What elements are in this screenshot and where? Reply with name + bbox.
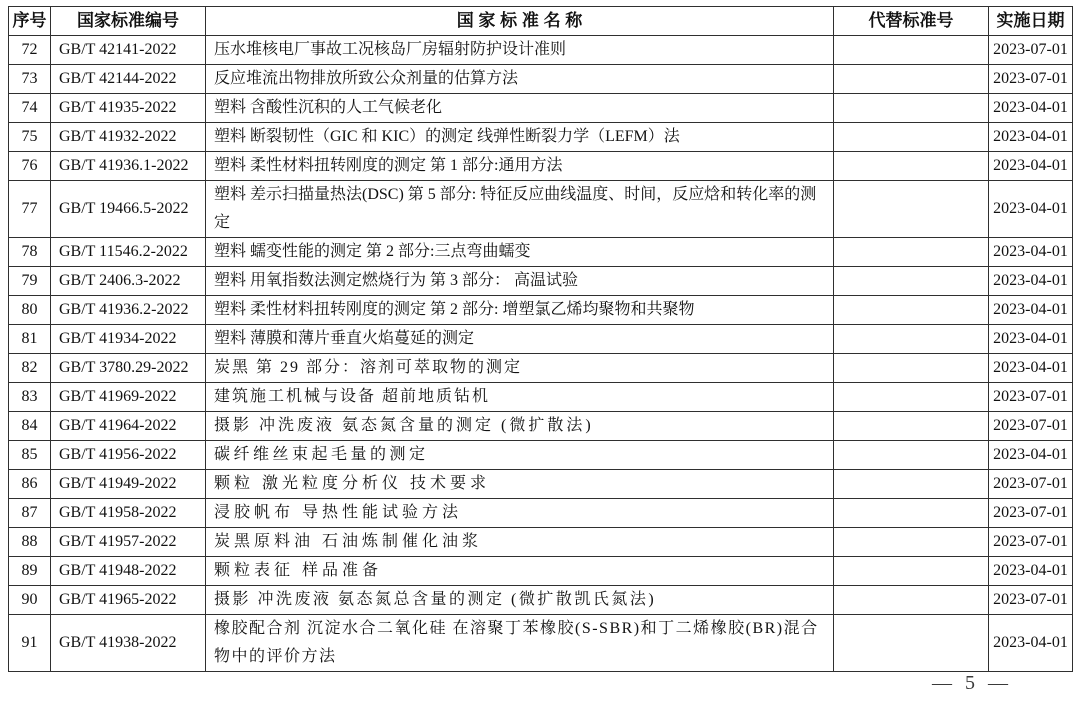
- row-standard-name: 摄影 冲洗废液 氨态氮含量的测定 (微扩散法): [206, 412, 834, 441]
- row-standard-code: GB/T 41964-2022: [51, 412, 206, 441]
- table-row: 82 GB/T 3780.29-2022 炭黑 第 29 部分：溶剂可萃取物的测…: [9, 354, 1073, 383]
- header-sequence-number: 序号: [9, 7, 51, 36]
- row-implementation-date: 2023-07-01: [989, 586, 1073, 615]
- row-implementation-date: 2023-04-01: [989, 557, 1073, 586]
- row-standard-name: 橡胶配合剂 沉淀水合二氧化硅 在溶聚丁苯橡胶(S-SBR)和丁二烯橡胶(BR)混…: [206, 615, 834, 672]
- row-replaced-code: [834, 181, 989, 238]
- table-header: 序号 国家标准编号 国 家 标 准 名 称 代替标准号 实施日期: [9, 7, 1073, 36]
- table-row: 81 GB/T 41934-2022 塑料 薄膜和薄片垂直火焰蔓延的测定 202…: [9, 325, 1073, 354]
- row-standard-code: GB/T 41957-2022: [51, 528, 206, 557]
- row-replaced-code: [834, 354, 989, 383]
- row-standard-code: GB/T 41958-2022: [51, 499, 206, 528]
- row-standard-name: 颗粒表征 样品准备: [206, 557, 834, 586]
- table-row: 84 GB/T 41964-2022 摄影 冲洗废液 氨态氮含量的测定 (微扩散…: [9, 412, 1073, 441]
- row-sequence-number: 90: [9, 586, 51, 615]
- row-implementation-date: 2023-04-01: [989, 296, 1073, 325]
- table-row: 73 GB/T 42144-2022 反应堆流出物排放所致公众剂量的估算方法 2…: [9, 65, 1073, 94]
- row-standard-name: 塑料 断裂韧性（GIC 和 KIC）的测定 线弹性断裂力学（LEFM）法: [206, 123, 834, 152]
- row-standard-code: GB/T 41965-2022: [51, 586, 206, 615]
- row-sequence-number: 87: [9, 499, 51, 528]
- row-replaced-code: [834, 94, 989, 123]
- row-sequence-number: 76: [9, 152, 51, 181]
- row-replaced-code: [834, 383, 989, 412]
- row-standard-code: GB/T 41938-2022: [51, 615, 206, 672]
- row-implementation-date: 2023-04-01: [989, 123, 1073, 152]
- row-standard-code: GB/T 41969-2022: [51, 383, 206, 412]
- table-row: 85 GB/T 41956-2022 碳纤维丝束起毛量的测定 2023-04-0…: [9, 441, 1073, 470]
- row-replaced-code: [834, 123, 989, 152]
- row-sequence-number: 74: [9, 94, 51, 123]
- row-sequence-number: 72: [9, 36, 51, 65]
- table-row: 91 GB/T 41938-2022 橡胶配合剂 沉淀水合二氧化硅 在溶聚丁苯橡…: [9, 615, 1073, 672]
- row-sequence-number: 79: [9, 267, 51, 296]
- row-implementation-date: 2023-07-01: [989, 65, 1073, 94]
- row-sequence-number: 78: [9, 238, 51, 267]
- standards-table: 序号 国家标准编号 国 家 标 准 名 称 代替标准号 实施日期 72 GB/T…: [8, 6, 1073, 672]
- row-standard-name: 塑料 柔性材料扭转刚度的测定 第 1 部分:通用方法: [206, 152, 834, 181]
- table-row: 86 GB/T 41949-2022 颗粒 激光粒度分析仪 技术要求 2023-…: [9, 470, 1073, 499]
- row-sequence-number: 75: [9, 123, 51, 152]
- row-standard-name: 炭黑 第 29 部分：溶剂可萃取物的测定: [206, 354, 834, 383]
- row-replaced-code: [834, 267, 989, 296]
- row-standard-code: GB/T 42144-2022: [51, 65, 206, 94]
- row-implementation-date: 2023-07-01: [989, 470, 1073, 499]
- table-row: 88 GB/T 41957-2022 炭黑原料油 石油炼制催化油浆 2023-0…: [9, 528, 1073, 557]
- row-standard-code: GB/T 19466.5-2022: [51, 181, 206, 238]
- row-standard-code: GB/T 41936.1-2022: [51, 152, 206, 181]
- table-row: 79 GB/T 2406.3-2022 塑料 用氧指数法测定燃烧行为 第 3 部…: [9, 267, 1073, 296]
- table-row: 90 GB/T 41965-2022 摄影 冲洗废液 氨态氮总含量的测定 (微扩…: [9, 586, 1073, 615]
- row-implementation-date: 2023-04-01: [989, 354, 1073, 383]
- row-implementation-date: 2023-04-01: [989, 181, 1073, 238]
- row-standard-name: 炭黑原料油 石油炼制催化油浆: [206, 528, 834, 557]
- row-standard-code: GB/T 11546.2-2022: [51, 238, 206, 267]
- row-replaced-code: [834, 36, 989, 65]
- row-implementation-date: 2023-04-01: [989, 325, 1073, 354]
- table-row: 75 GB/T 41932-2022 塑料 断裂韧性（GIC 和 KIC）的测定…: [9, 123, 1073, 152]
- row-sequence-number: 88: [9, 528, 51, 557]
- row-replaced-code: [834, 296, 989, 325]
- row-standard-name: 塑料 差示扫描量热法(DSC) 第 5 部分: 特征反应曲线温度、时间，反应焓和…: [206, 181, 834, 238]
- row-standard-name: 塑料 含酸性沉积的人工气候老化: [206, 94, 834, 123]
- row-standard-name: 塑料 薄膜和薄片垂直火焰蔓延的测定: [206, 325, 834, 354]
- row-sequence-number: 89: [9, 557, 51, 586]
- row-replaced-code: [834, 441, 989, 470]
- row-replaced-code: [834, 238, 989, 267]
- document-page: 序号 国家标准编号 国 家 标 准 名 称 代替标准号 实施日期 72 GB/T…: [0, 0, 1080, 709]
- row-standard-name: 建筑施工机械与设备 超前地质钻机: [206, 383, 834, 412]
- row-sequence-number: 85: [9, 441, 51, 470]
- row-replaced-code: [834, 586, 989, 615]
- row-standard-code: GB/T 3780.29-2022: [51, 354, 206, 383]
- table-row: 87 GB/T 41958-2022 浸胶帆布 导热性能试验方法 2023-07…: [9, 499, 1073, 528]
- row-standard-code: GB/T 41948-2022: [51, 557, 206, 586]
- row-implementation-date: 2023-04-01: [989, 267, 1073, 296]
- row-standard-name: 压水堆核电厂事故工况核岛厂房辐射防护设计准则: [206, 36, 834, 65]
- row-standard-code: GB/T 41934-2022: [51, 325, 206, 354]
- row-sequence-number: 83: [9, 383, 51, 412]
- row-standard-code: GB/T 41935-2022: [51, 94, 206, 123]
- row-implementation-date: 2023-07-01: [989, 383, 1073, 412]
- row-implementation-date: 2023-07-01: [989, 528, 1073, 557]
- table-row: 72 GB/T 42141-2022 压水堆核电厂事故工况核岛厂房辐射防护设计准…: [9, 36, 1073, 65]
- row-standard-code: GB/T 2406.3-2022: [51, 267, 206, 296]
- row-replaced-code: [834, 499, 989, 528]
- row-standard-name: 摄影 冲洗废液 氨态氮总含量的测定 (微扩散凯氏氮法): [206, 586, 834, 615]
- table-row: 74 GB/T 41935-2022 塑料 含酸性沉积的人工气候老化 2023-…: [9, 94, 1073, 123]
- row-sequence-number: 73: [9, 65, 51, 94]
- row-standard-code: GB/T 42141-2022: [51, 36, 206, 65]
- row-standard-name: 浸胶帆布 导热性能试验方法: [206, 499, 834, 528]
- row-implementation-date: 2023-04-01: [989, 152, 1073, 181]
- row-implementation-date: 2023-04-01: [989, 441, 1073, 470]
- row-implementation-date: 2023-07-01: [989, 499, 1073, 528]
- row-replaced-code: [834, 152, 989, 181]
- row-replaced-code: [834, 470, 989, 499]
- row-standard-code: GB/T 41936.2-2022: [51, 296, 206, 325]
- row-sequence-number: 77: [9, 181, 51, 238]
- table-row: 77 GB/T 19466.5-2022 塑料 差示扫描量热法(DSC) 第 5…: [9, 181, 1073, 238]
- row-sequence-number: 86: [9, 470, 51, 499]
- table-row: 83 GB/T 41969-2022 建筑施工机械与设备 超前地质钻机 2023…: [9, 383, 1073, 412]
- row-standard-name: 塑料 蠕变性能的测定 第 2 部分:三点弯曲蠕变: [206, 238, 834, 267]
- table-header-row: 序号 国家标准编号 国 家 标 准 名 称 代替标准号 实施日期: [9, 7, 1073, 36]
- row-standard-code: GB/T 41949-2022: [51, 470, 206, 499]
- page-number: — 5 —: [932, 672, 1012, 695]
- header-implementation-date: 实施日期: [989, 7, 1073, 36]
- row-implementation-date: 2023-04-01: [989, 615, 1073, 672]
- row-standard-name: 颗粒 激光粒度分析仪 技术要求: [206, 470, 834, 499]
- row-sequence-number: 80: [9, 296, 51, 325]
- row-standard-name: 碳纤维丝束起毛量的测定: [206, 441, 834, 470]
- row-replaced-code: [834, 615, 989, 672]
- row-implementation-date: 2023-04-01: [989, 94, 1073, 123]
- table-row: 76 GB/T 41936.1-2022 塑料 柔性材料扭转刚度的测定 第 1 …: [9, 152, 1073, 181]
- row-replaced-code: [834, 557, 989, 586]
- table-row: 80 GB/T 41936.2-2022 塑料 柔性材料扭转刚度的测定 第 2 …: [9, 296, 1073, 325]
- row-replaced-code: [834, 412, 989, 441]
- row-implementation-date: 2023-07-01: [989, 412, 1073, 441]
- header-standard-code: 国家标准编号: [51, 7, 206, 36]
- row-replaced-code: [834, 325, 989, 354]
- row-replaced-code: [834, 528, 989, 557]
- row-sequence-number: 81: [9, 325, 51, 354]
- row-sequence-number: 82: [9, 354, 51, 383]
- row-standard-name: 塑料 用氧指数法测定燃烧行为 第 3 部分： 高温试验: [206, 267, 834, 296]
- table-row: 78 GB/T 11546.2-2022 塑料 蠕变性能的测定 第 2 部分:三…: [9, 238, 1073, 267]
- row-implementation-date: 2023-04-01: [989, 238, 1073, 267]
- row-implementation-date: 2023-07-01: [989, 36, 1073, 65]
- table-body: 72 GB/T 42141-2022 压水堆核电厂事故工况核岛厂房辐射防护设计准…: [9, 36, 1073, 672]
- row-standard-code: GB/T 41956-2022: [51, 441, 206, 470]
- row-sequence-number: 84: [9, 412, 51, 441]
- header-standard-name: 国 家 标 准 名 称: [206, 7, 834, 36]
- row-standard-code: GB/T 41932-2022: [51, 123, 206, 152]
- row-replaced-code: [834, 65, 989, 94]
- table-row: 89 GB/T 41948-2022 颗粒表征 样品准备 2023-04-01: [9, 557, 1073, 586]
- header-replaced-code: 代替标准号: [834, 7, 989, 36]
- row-sequence-number: 91: [9, 615, 51, 672]
- row-standard-name: 塑料 柔性材料扭转刚度的测定 第 2 部分: 增塑氯乙烯均聚物和共聚物: [206, 296, 834, 325]
- row-standard-name: 反应堆流出物排放所致公众剂量的估算方法: [206, 65, 834, 94]
